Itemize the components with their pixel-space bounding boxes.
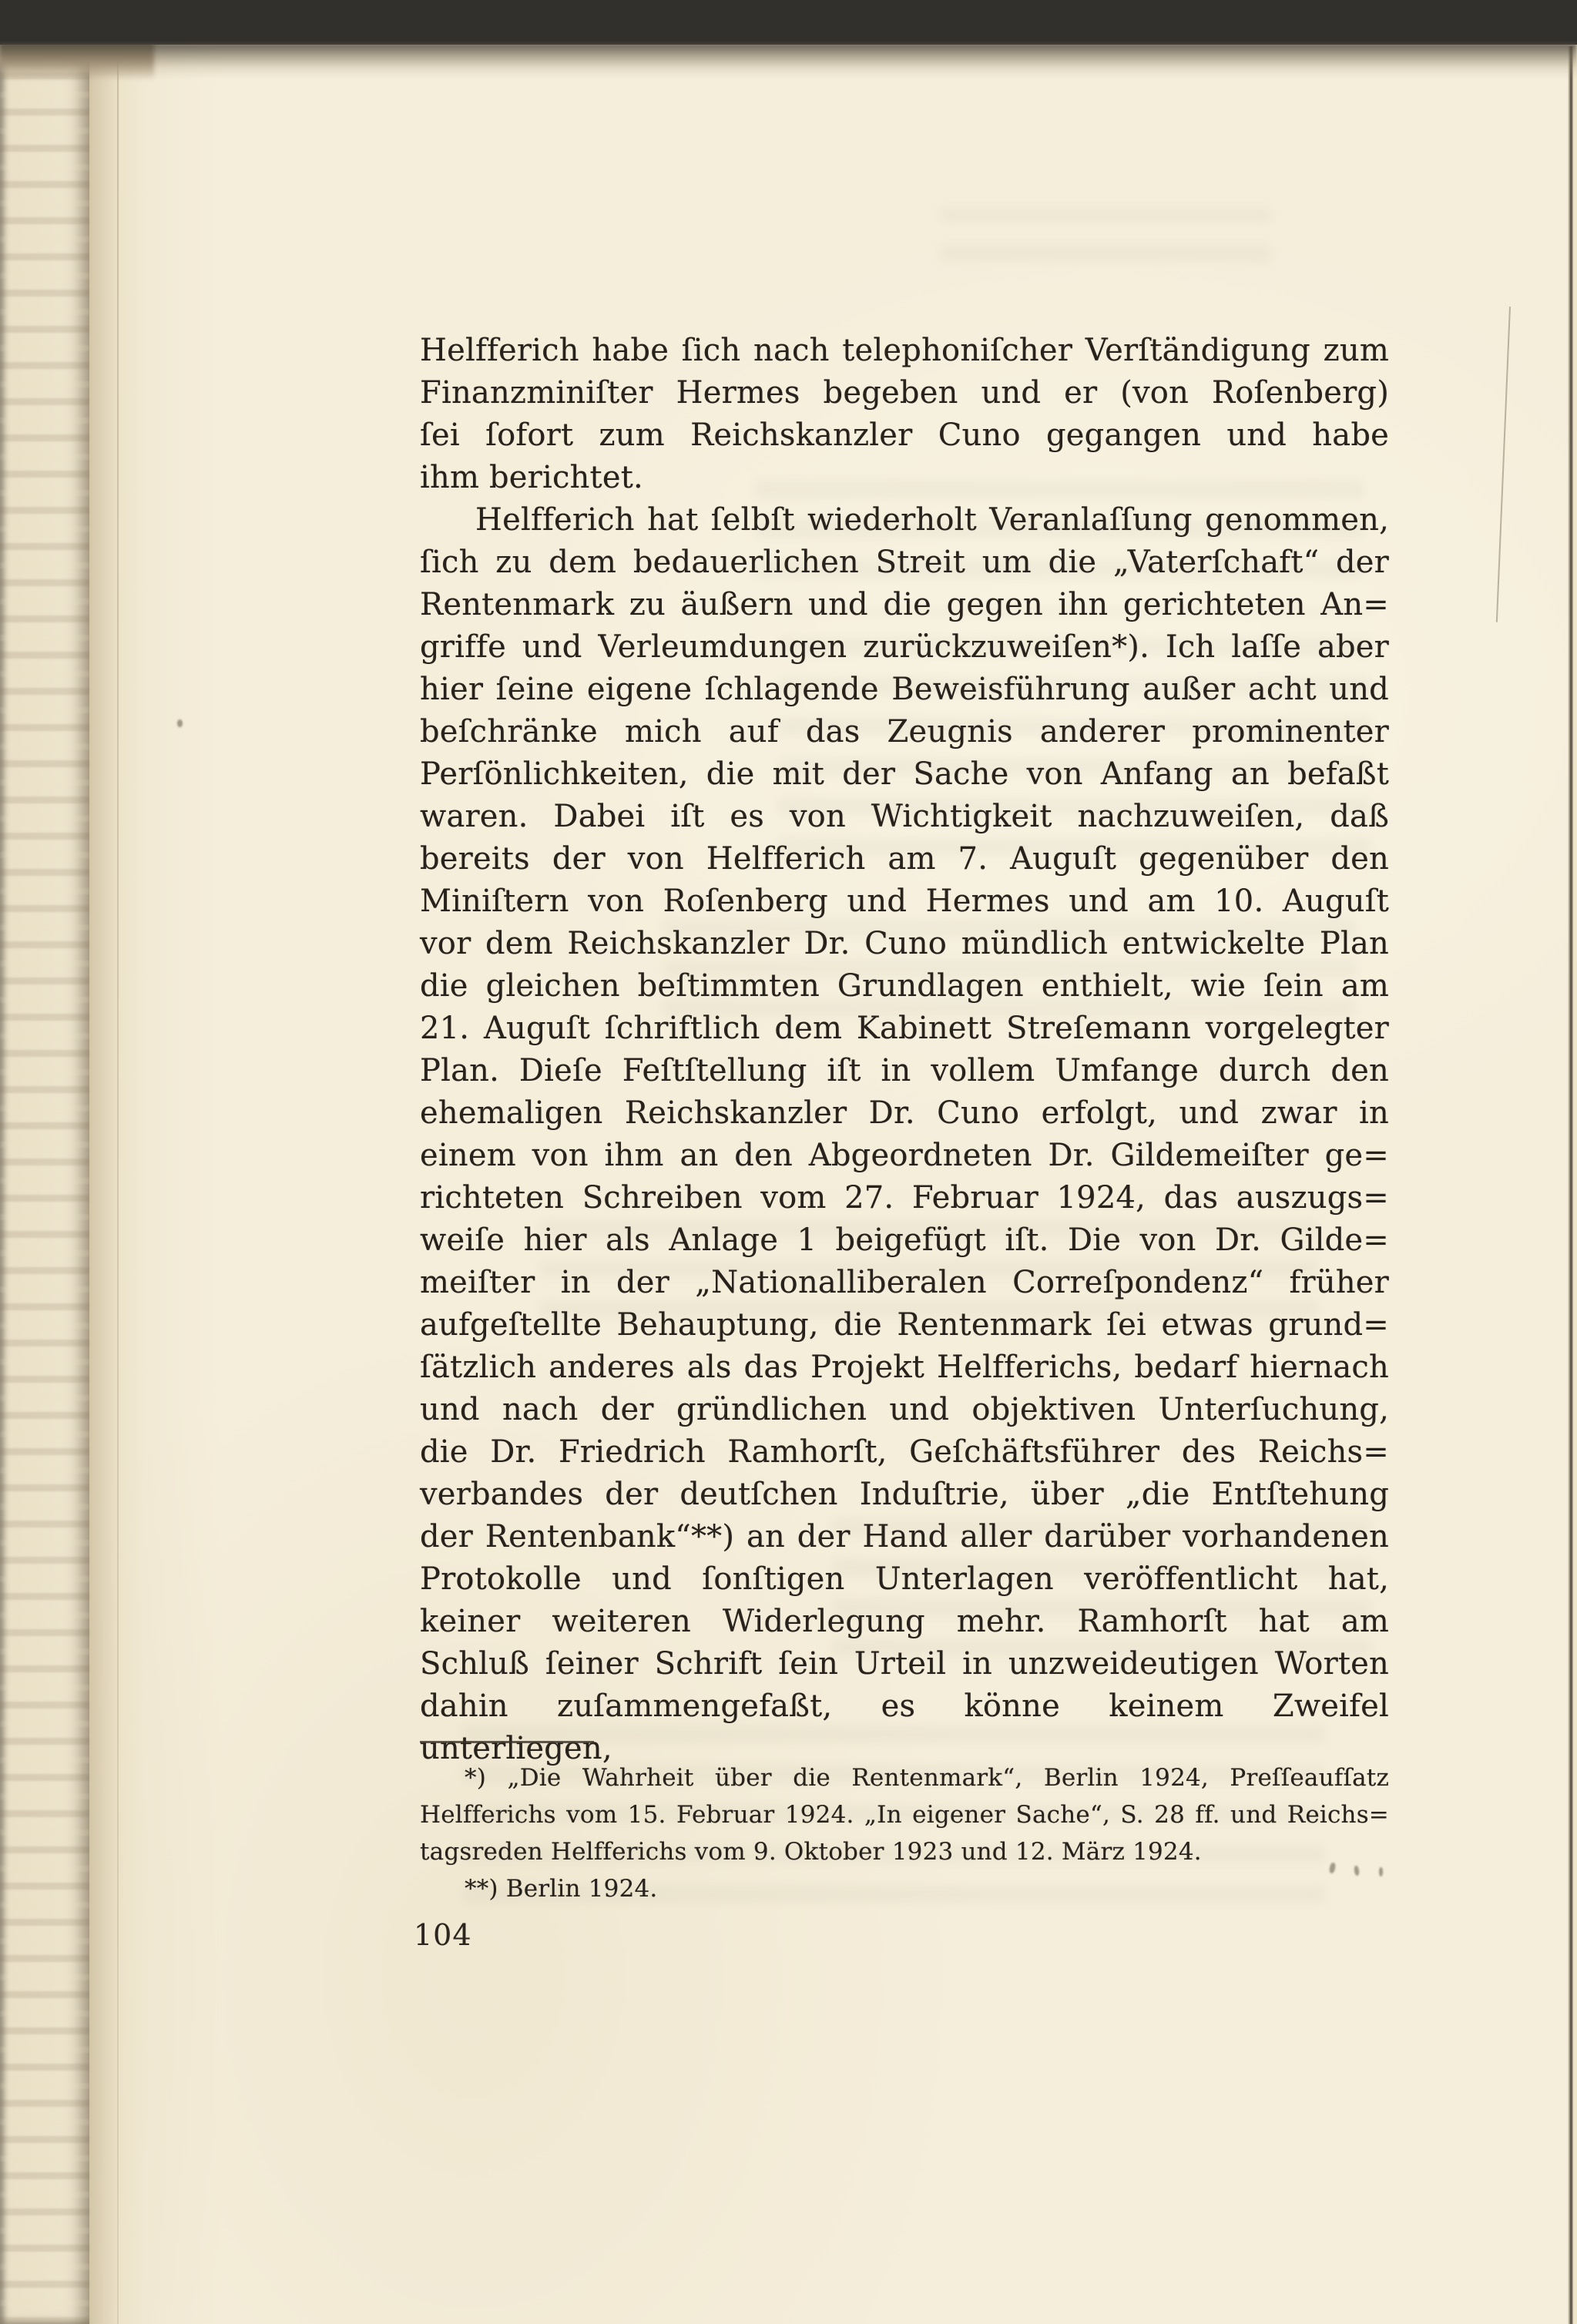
text-line: beſchränke mich auf das Zeugnis anderer … [420,711,1389,753]
text-line: **) Berlin 1924. [420,1870,1389,1907]
text-column: Helfferich habe ſich nach telephoniſcher… [420,330,1389,1728]
gutter-shadow [89,40,145,2324]
right-edge-shadow [1568,46,1573,2324]
text-line: aufgeſtellte Behauptung, die Rentenmark … [420,1304,1389,1346]
text-line: waren. Dabei iſt es von Wichtigkeit nach… [420,796,1389,838]
footnote-separator-rule [420,1741,594,1743]
text-line: 21. Auguſt ſchriftlich dem Kabinett Stre… [420,1008,1389,1050]
text-line: die Dr. Friedrich Ramhorſt, Geſchäftsfüh… [420,1431,1389,1474]
deckle-texture [0,40,89,2324]
text-line: dahin zuſammengefaßt, es könne keinem Zw… [420,1685,1389,1728]
page-number: 104 [414,1918,472,1952]
body-text: Helfferich habe ſich nach telephoniſcher… [420,330,1389,1728]
text-line: tagsreden Helfferichs vom 9. Oktober 192… [420,1833,1389,1870]
text-line: die gleichen beſtimmten Grundlagen enthi… [420,965,1389,1008]
text-line: ehemaligen Reichskanzler Dr. Cuno erfolg… [420,1092,1389,1135]
text-line: weiſe hier als Anlage 1 beigefügt iſt. D… [420,1219,1389,1262]
text-line: Helfferichs vom 15. Februar 1924. „In ei… [420,1796,1389,1833]
backdrop-top-fade [0,43,1577,79]
text-line: verbandes der deutſchen Induſtrie, über … [420,1474,1389,1516]
text-line: keiner weiteren Widerlegung mehr. Ramhor… [420,1601,1389,1643]
text-line: Miniſtern von Roſenberg und Hermes und a… [420,880,1389,923]
text-line: Helfferich hat ſelbſt wiederholt Veranla… [420,499,1389,542]
text-line: der Rentenbank“**) an der Hand aller dar… [420,1516,1389,1558]
text-line: *) „Die Wahrheit über die Rentenmark“, B… [420,1759,1389,1796]
right-page-edge [1573,46,1577,2324]
text-line: ſei ſofort zum Reichskanzler Cuno gegang… [420,414,1389,457]
paper-speck [177,719,183,727]
text-line: Schluß ſeiner Schrift ſein Urteil in unz… [420,1643,1389,1685]
text-line: Plan. Dieſe Feſtſtellung iſt in vollem U… [420,1050,1389,1092]
scanned-book-page: Helfferich habe ſich nach telephoniſcher… [0,0,1577,2324]
text-line: und nach der gründlichen und objektiven … [420,1389,1389,1431]
text-line: ihm berichtet. [420,457,1389,499]
page-edges-deckle [0,40,89,2324]
text-line: meiſter in der „Nationalliberalen Correſ… [420,1262,1389,1304]
backdrop-top-band [0,0,1577,45]
text-line: ſätzlich anderes als das Projekt Helffer… [420,1346,1389,1389]
text-line: Rentenmark zu äußern und die gegen ihn g… [420,584,1389,626]
text-line: Protokolle und ſonſtigen Unterlagen verö… [420,1558,1389,1601]
text-line: ſich zu dem bedauerlichen Streit um die … [420,542,1389,584]
footnotes: *) „Die Wahrheit über die Rentenmark“, B… [420,1759,1389,1907]
text-line: hier ſeine eigene ſchlagende Beweisführu… [420,669,1389,711]
text-line: richteten Schreiben vom 27. Februar 1924… [420,1177,1389,1219]
text-line: vor dem Reichskanzler Dr. Cuno mündlich … [420,923,1389,965]
text-line: Perſönlichkeiten, die mit der Sache von … [420,753,1389,796]
text-line: Helfferich habe ſich nach telephoniſcher… [420,330,1389,372]
text-line: griffe und Verleumdungen zurückzuweiſen*… [420,626,1389,669]
text-line: bereits der von Helfferich am 7. Auguſt … [420,838,1389,880]
text-line: einem von ihm an den Abgeordneten Dr. Gi… [420,1135,1389,1177]
text-line: Finanzminiſter Hermes begeben und er (vo… [420,372,1389,414]
